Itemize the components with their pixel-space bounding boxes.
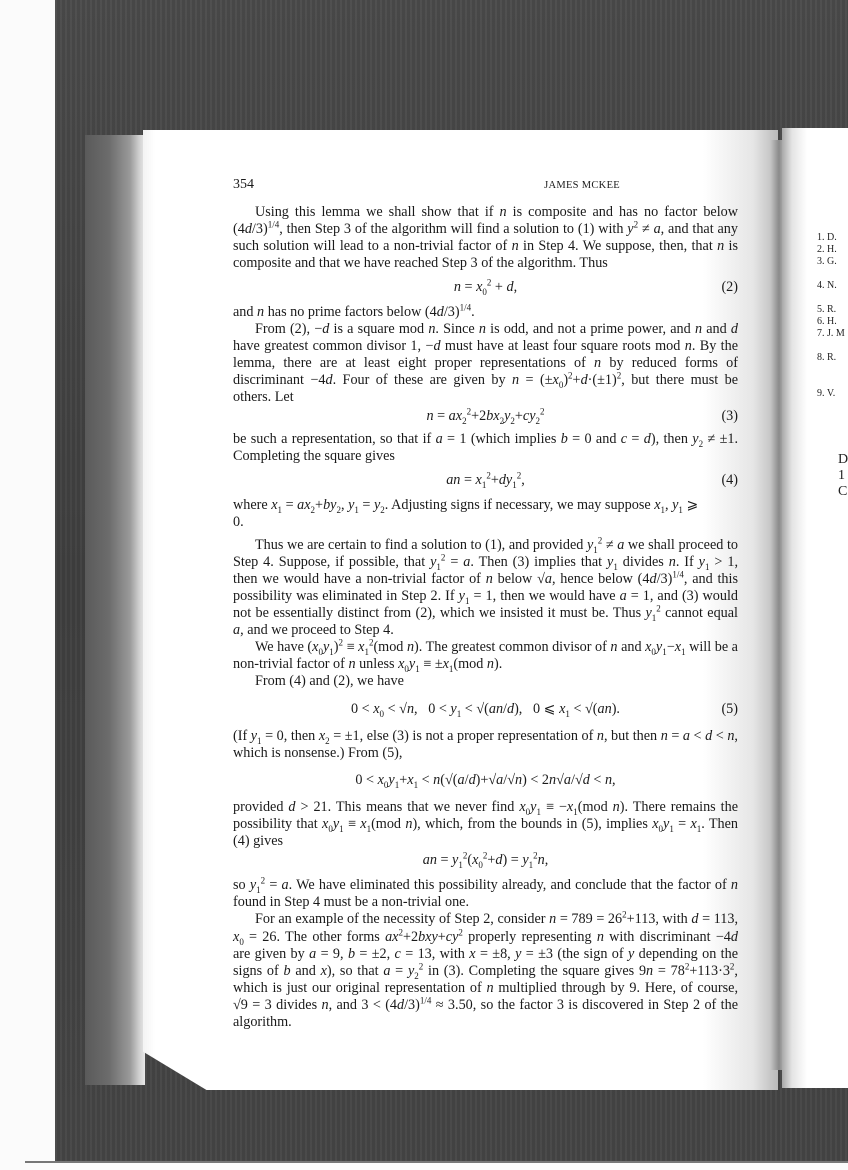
- paragraph-7: We have (x0y1)2 ≡ x12(mod n). The greate…: [233, 639, 738, 673]
- paragraph-1: Using this lemma we shall show that if n…: [233, 204, 738, 272]
- page-content: 354 JAMES MCKEE Using this lemma we shal…: [233, 176, 738, 1031]
- equation-3: n = ax22+2bx2y2+cy22(3): [233, 408, 738, 425]
- paragraph-12: For an example of the necessity of Step …: [233, 911, 738, 1031]
- paragraph-4: be such a representation, so that if a =…: [233, 431, 738, 465]
- book-spine-left: [85, 135, 145, 1085]
- paragraph-5: where x1 = ax2+by2, y1 = y2. Adjusting s…: [233, 497, 738, 531]
- reference-item: 7. J. M: [817, 328, 845, 340]
- paragraph-11: so y12 = a. We have eliminated this poss…: [233, 877, 738, 911]
- paragraph-2: and n has no prime factors below (4d/3)1…: [233, 304, 738, 321]
- paragraph-8: From (4) and (2), we have: [233, 673, 738, 690]
- fragment-line: C: [838, 484, 848, 500]
- equation-6: 0 < x0y1+x1 < n(√(a/d)+√a/√n) < 2n√a/√d …: [233, 772, 738, 789]
- reference-item: 1. D.: [817, 232, 845, 244]
- paragraph-10: provided d > 21. This means that we neve…: [233, 799, 738, 850]
- running-head: JAMES MCKEE: [544, 177, 620, 194]
- paragraph-6: Thus we are certain to find a solution t…: [233, 537, 738, 640]
- facing-page-fragment: D 1 C: [838, 452, 848, 500]
- page-number: 354: [233, 176, 254, 193]
- paragraph-9: (If y1 = 0, then x2 = ±1, else (3) is no…: [233, 728, 738, 762]
- reference-item: 3. G.: [817, 256, 845, 268]
- fragment-line: D: [838, 452, 848, 468]
- reference-item: 6. H.: [817, 316, 845, 328]
- reference-item: 9. V.: [817, 388, 845, 400]
- reference-item: 5. R.: [817, 304, 845, 316]
- equation-tag: (4): [721, 472, 738, 489]
- equation-tag: (3): [721, 408, 738, 425]
- scan-edge-line: [25, 1161, 848, 1163]
- fragment-line: 1: [838, 468, 848, 484]
- equation-tag: (2): [721, 279, 738, 296]
- equation-tag: (5): [721, 701, 738, 718]
- page-header: 354 JAMES MCKEE: [233, 176, 738, 194]
- equation-4: an = x12+dy12,(4): [233, 472, 738, 489]
- reference-item: 2. H.: [817, 244, 845, 256]
- equation-2: n = x02 + d,(2): [233, 279, 738, 296]
- equation-5: 0 < x0 < √n, 0 < y1 < √(an/d), 0 ⩽ x1 < …: [233, 701, 738, 718]
- equation-7: an = y12(x02+d) = y12n,: [233, 852, 738, 869]
- reference-item: 4. N.: [817, 280, 845, 292]
- paragraph-3: From (2), −d is a square mod n. Since n …: [233, 321, 738, 406]
- reference-item: 8. R.: [817, 352, 845, 364]
- facing-page-references: 1. D. 2. H. 3. G. 4. N. 5. R. 6. H. 7. J…: [817, 232, 845, 400]
